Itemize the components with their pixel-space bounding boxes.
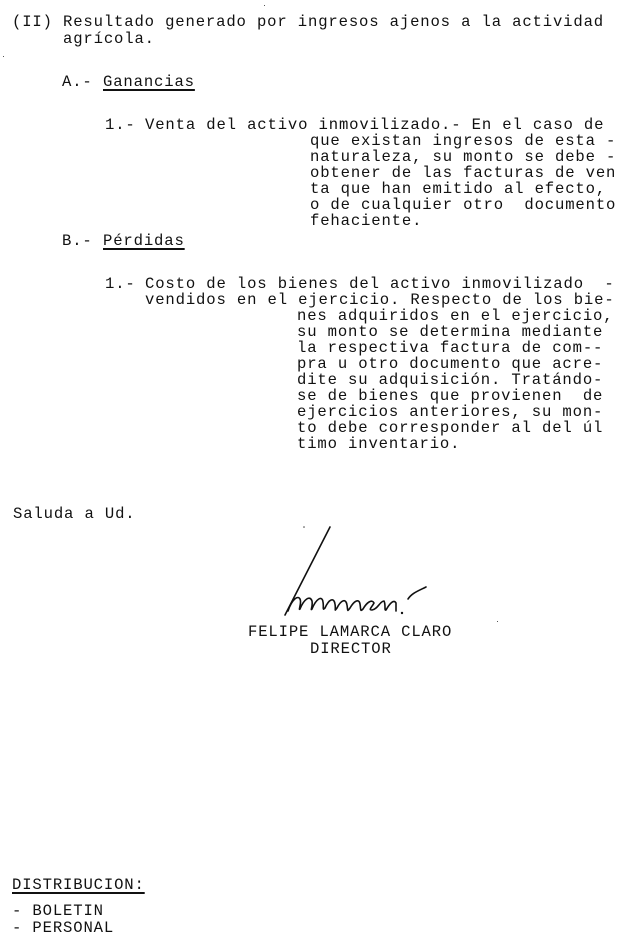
section-number: (II): [12, 14, 53, 30]
item-b1-number: 1.-: [105, 276, 136, 292]
distribution-item: - PERSONAL: [12, 920, 114, 936]
item-b1-line: su monto se determina mediante: [297, 324, 603, 340]
item-a1-line: fehaciente.: [310, 213, 422, 229]
item-a1-first-line: Venta del activo inmovilizado.- En el ca…: [145, 117, 604, 133]
signature-image: [230, 515, 470, 625]
subsection-a-heading: Ganancias: [103, 74, 195, 90]
item-b1-line: nes adquiridos en el ejercicio,: [297, 308, 613, 324]
item-b1-first-line: Costo de los bienes del activo inmoviliz…: [145, 276, 615, 292]
subsection-b-heading: Pérdidas: [103, 233, 185, 249]
scan-speck: [3, 56, 4, 57]
distribution-item: - BOLETIN: [12, 903, 104, 919]
item-b1-line: dite su adquisición. Tratándo-: [297, 372, 603, 388]
section-title-line-1: Resultado generado por ingresos ajenos a…: [63, 14, 604, 30]
scan-speck: [497, 621, 498, 622]
item-a1-line: o de cualquier otro documento: [310, 197, 616, 213]
item-b1-second-line: vendidos en el ejercicio. Respecto de lo…: [145, 292, 615, 308]
item-a1-number: 1.-: [105, 117, 136, 133]
item-b1-line: ejercicios anteriores, su mon-: [297, 404, 603, 420]
item-a1-line: obtener de las facturas de ven: [310, 165, 616, 181]
item-a1-line: que existan ingresos de esta -: [310, 133, 616, 149]
item-b1-line: se de bienes que provienen de: [297, 388, 603, 404]
item-a1-line: naturaleza, su monto se debe -: [310, 149, 616, 165]
closing-salutation: Saluda a Ud.: [13, 506, 136, 522]
item-b1-line: to debe corresponder al del úl: [297, 420, 603, 436]
item-b1-line: la respectiva factura de com--: [297, 340, 603, 356]
item-b1-line: timo inventario.: [297, 436, 460, 452]
scan-speck: [264, 5, 265, 6]
signatory-name: FELIPE LAMARCA CLARO: [248, 624, 452, 640]
subsection-b-label: B.-: [62, 233, 93, 249]
signatory-title: DIRECTOR: [310, 641, 392, 657]
distribution-heading: DISTRIBUCION:: [12, 877, 145, 893]
section-title-line-2: agrícola.: [63, 31, 155, 47]
item-a1-line: ta que han emitido al efecto,: [310, 181, 606, 197]
subsection-a-label: A.-: [62, 74, 93, 90]
item-b1-line: pra u otro documento que acre-: [297, 356, 603, 372]
document-page: (II) Resultado generado por ingresos aje…: [0, 0, 630, 944]
